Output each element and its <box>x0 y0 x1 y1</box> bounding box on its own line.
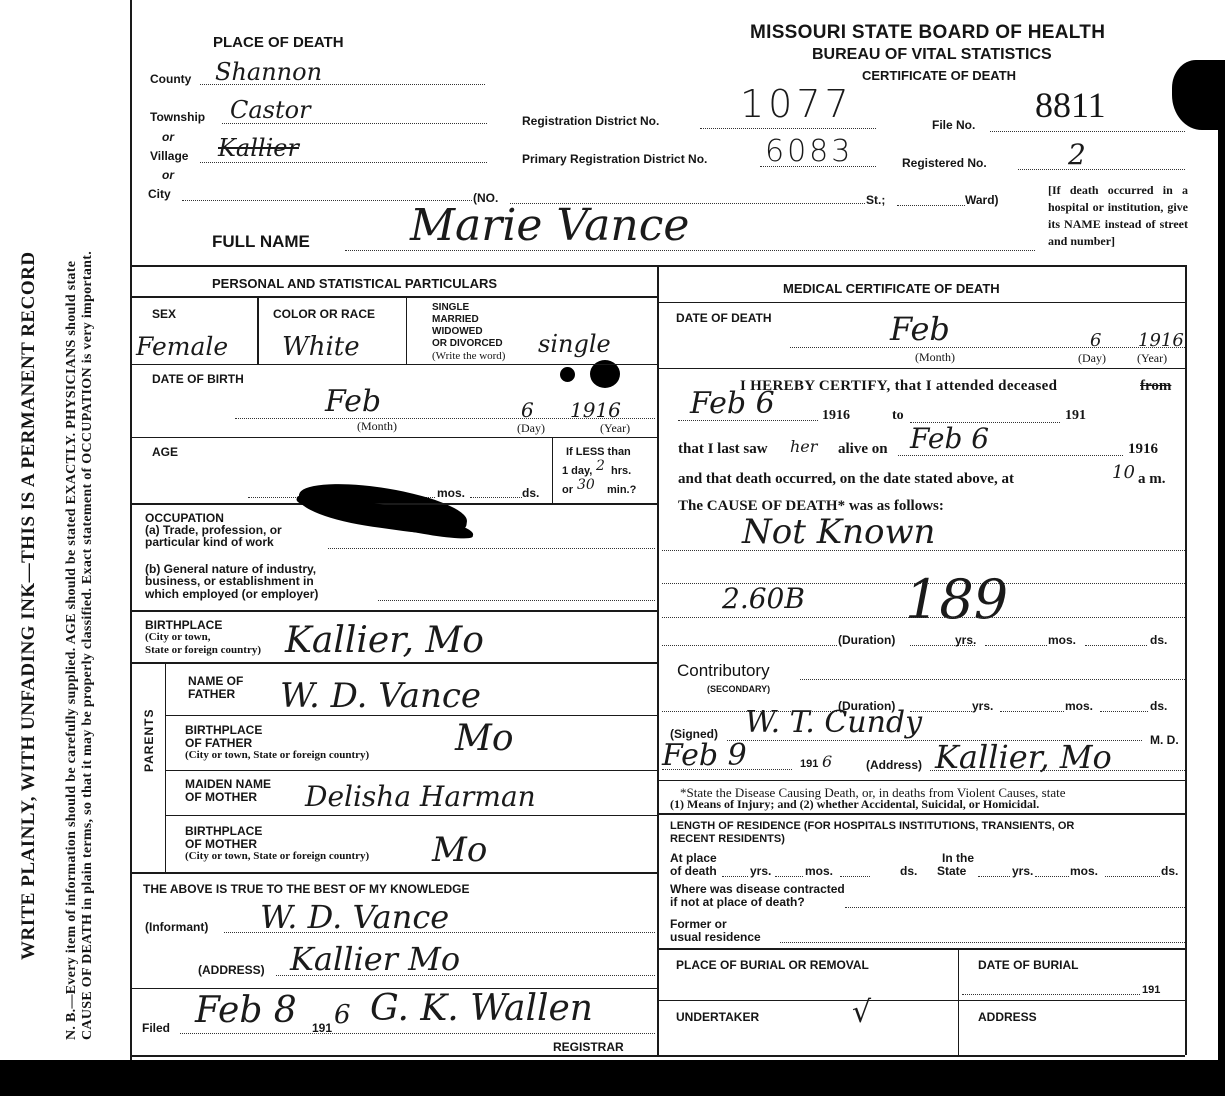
cause-ds-label: ds. <box>1150 633 1167 647</box>
classification-code: 2.60B <box>722 582 805 615</box>
at-place-mos-field[interactable] <box>775 876 803 877</box>
at-place-mos-label: mos. <box>805 864 833 878</box>
in-state-mos-label: mos. <box>1070 864 1098 878</box>
race-label: COLOR OR RACE <box>273 307 375 321</box>
former-residence-field[interactable] <box>780 942 1185 943</box>
medical-section-title: MEDICAL CERTIFICATE OF DEATH <box>783 281 1000 296</box>
informant-label: (Informant) <box>145 920 208 934</box>
less-than-min-label: min.? <box>607 484 636 496</box>
burial-date-label: DATE OF BURIAL <box>978 958 1078 972</box>
footnote-line2: (1) Means of Injury; and (2) whether Acc… <box>670 797 1039 812</box>
father-birthplace-hint: (City or town, State or foreign country) <box>185 749 369 761</box>
father-name-label2: FATHER <box>188 687 235 701</box>
less-than-day-label: 1 day, <box>562 465 592 477</box>
dob-label: DATE OF BIRTH <box>152 372 244 386</box>
frame-left <box>130 0 132 1060</box>
registrar-label: REGISTRAR <box>553 1040 624 1054</box>
contributory-label: Contributory <box>677 661 770 681</box>
less-than-or-label: or <box>562 484 573 496</box>
father-name-label1: NAME OF <box>188 674 243 688</box>
burial-year-prefix: 191 <box>1142 984 1160 996</box>
physician-signature-field[interactable]: W. T. Cundy <box>745 705 922 740</box>
last-saw-prefix: that I last saw <box>678 441 768 458</box>
certify-text: I HEREBY CERTIFY, that I attended deceas… <box>740 378 1057 395</box>
classification-code-2: 189 <box>905 568 1008 631</box>
sex-field[interactable]: Female <box>136 332 228 361</box>
contracted-label1: Where was disease contracted <box>670 882 845 896</box>
mother-birthplace-label2: OF MOTHER <box>185 837 257 851</box>
occupation-a-line2: particular kind of work <box>145 535 274 549</box>
frame-divider-middle <box>657 265 659 1055</box>
true-statement: THE ABOVE IS TRUE TO THE BEST OF MY KNOW… <box>143 882 469 896</box>
dod-day-field[interactable]: 6 <box>1090 330 1101 351</box>
less-than-hrs-label: hrs. <box>611 465 631 477</box>
village-field[interactable]: Kallier <box>218 134 299 162</box>
mother-name-label1: MAIDEN NAME <box>185 777 271 791</box>
margin-note-line2: CAUSE OF DEATH in plain terms, so that i… <box>80 251 96 1040</box>
last-saw-year[interactable]: 1916 <box>1128 441 1158 458</box>
signed-year-prefix: 191 <box>800 758 818 770</box>
county-label: County <box>150 72 191 86</box>
dod-month-caption: (Month) <box>915 350 955 365</box>
cause-mos-label: mos. <box>1048 633 1076 647</box>
occupation-b-line3: which employed (or employer) <box>145 587 318 601</box>
dob-month-caption: (Month) <box>357 419 397 434</box>
signed-date-field[interactable]: Feb 9 <box>662 738 747 773</box>
street-label: St.; <box>866 193 885 207</box>
last-saw-date-field[interactable]: Feb 6 <box>910 422 989 455</box>
physician-address-label: (Address) <box>866 758 922 772</box>
at-place-yrs-label: yrs. <box>750 864 771 878</box>
age-ds-label: ds. <box>522 486 539 500</box>
marital-option-divorced: OR DIVORCED <box>432 338 503 350</box>
full-name-label: FULL NAME <box>212 232 310 252</box>
former-residence-label2: usual residence <box>670 930 761 944</box>
marital-option-widowed: WIDOWED <box>432 326 483 338</box>
at-place-ds-field[interactable] <box>840 876 870 877</box>
father-birthplace-label2: OF FATHER <box>185 736 252 750</box>
cause-duration-label: (Duration) <box>838 633 895 647</box>
margin-headline: WRITE PLAINLY, WITH UNFADING INK—THIS IS… <box>18 251 40 960</box>
registrar-signature-field[interactable]: G. K. Wallen <box>370 988 593 1029</box>
registered-no-field[interactable]: 2 <box>1068 138 1086 171</box>
scan-edge-right <box>1218 70 1225 1060</box>
dod-month-field[interactable]: Feb <box>890 310 950 348</box>
death-time-field[interactable]: 10 <box>1112 462 1135 483</box>
dod-day-caption: (Day) <box>1078 351 1106 366</box>
village-label: Village <box>150 149 188 163</box>
in-state-label2: State <box>937 864 966 878</box>
contracted-label2: if not at place of death? <box>670 895 805 909</box>
occupation-a-field[interactable] <box>328 548 655 549</box>
registration-district-field[interactable]: 1077 <box>740 82 853 126</box>
city-label: City <box>148 187 171 201</box>
contracted-field[interactable] <box>845 907 1185 908</box>
less-than-hrs-field[interactable]: 2 <box>596 458 605 474</box>
dod-year-caption: (Year) <box>1137 351 1167 366</box>
informant-field[interactable]: W. D. Vance <box>260 898 449 936</box>
in-state-label1: In the <box>942 851 974 865</box>
less-than-min-field[interactable]: 30 <box>577 477 595 493</box>
age-label: AGE <box>152 445 178 459</box>
marital-status-field[interactable]: single <box>538 330 611 358</box>
last-saw-mid: alive on <box>838 441 888 458</box>
dob-day-caption: (Day) <box>517 421 545 436</box>
hospital-note: [If death occurred in a hospital or inst… <box>1048 182 1188 250</box>
informant-address-field[interactable]: Kallier Mo <box>290 940 460 978</box>
marital-option-married: MARRIED <box>432 314 479 326</box>
registered-no-label: Registered No. <box>902 156 987 170</box>
dod-year-field[interactable]: 1916 <box>1138 330 1184 351</box>
in-state-mos-field[interactable] <box>1035 876 1069 877</box>
birthplace-hint1: (City or town, <box>145 631 210 643</box>
physician-address-field[interactable]: Kallier, Mo <box>935 738 1112 776</box>
mother-birthplace-field[interactable]: Mo <box>432 830 487 870</box>
at-place-yrs-field[interactable] <box>722 876 748 877</box>
death-time-suffix: a m. <box>1138 471 1166 488</box>
less-than-line1: If LESS than <box>566 446 631 458</box>
in-state-ds-field[interactable] <box>1105 876 1160 877</box>
frame-right <box>1185 265 1187 1055</box>
filed-date-field[interactable]: Feb 8 <box>195 990 297 1031</box>
last-saw-pronoun-field[interactable]: her <box>790 437 817 456</box>
county-field[interactable]: Shannon <box>215 58 322 86</box>
parents-label: PARENTS <box>142 709 156 772</box>
place-of-death-title: PLACE OF DEATH <box>213 34 344 51</box>
ink-blot <box>560 367 575 382</box>
at-place-label1: At place <box>670 851 717 865</box>
mother-birthplace-label1: BIRTHPLACE <box>185 824 262 838</box>
attended-from-year[interactable]: 1916 <box>822 408 850 424</box>
residence-title-line2: RECENT RESIDENTS) <box>670 833 785 845</box>
md-label: M. D. <box>1150 733 1179 747</box>
filed-label: Filed <box>142 1021 170 1035</box>
dod-label: DATE OF DEATH <box>676 311 772 325</box>
scan-border-bottom <box>0 1060 1225 1096</box>
ward-label: Ward) <box>965 193 999 207</box>
death-time-text: and that death occurred, on the date sta… <box>678 471 1014 488</box>
dob-month-field[interactable]: Feb <box>325 384 381 419</box>
signed-year-field[interactable]: 6 <box>822 752 832 771</box>
in-state-yrs-label: yrs. <box>1012 864 1033 878</box>
filed-year-field[interactable]: 6 <box>334 1000 351 1030</box>
cause-yrs-label: yrs. <box>955 633 976 647</box>
in-state-ds-label: ds. <box>1161 864 1178 878</box>
father-name-field[interactable]: W. D. Vance <box>280 676 481 716</box>
mother-name-label2: OF MOTHER <box>185 790 257 804</box>
marital-option-single: SINGLE <box>432 302 469 314</box>
checkmark-annotation: √ <box>852 995 871 1030</box>
certify-from-struck: from <box>1140 378 1171 395</box>
personal-section-title: PERSONAL AND STATISTICAL PARTICULARS <box>212 276 497 291</box>
file-no-label: File No. <box>932 118 975 132</box>
registration-district-label: Registration District No. <box>522 114 659 128</box>
filed-year-prefix: 191 <box>312 1021 332 1035</box>
marital-hint: (Write the word) <box>432 350 505 362</box>
contributory-mos-label: mos. <box>1065 699 1093 713</box>
birthplace-hint2: State or foreign country) <box>145 644 261 656</box>
age-mos-label: mos. <box>437 486 465 500</box>
occupation-b-field[interactable] <box>378 600 655 601</box>
attended-to-label: to <box>892 408 904 424</box>
township-field[interactable]: Castor <box>230 96 311 124</box>
father-birthplace-label1: BIRTHPLACE <box>185 723 262 737</box>
township-label: Township <box>150 110 205 124</box>
full-name-field[interactable]: Marie Vance <box>410 200 689 251</box>
former-residence-label1: Former or <box>670 917 727 931</box>
attended-from-field[interactable]: Feb 6 <box>690 386 775 421</box>
at-place-ds-label: ds. <box>900 864 917 878</box>
birthplace-label: BIRTHPLACE <box>145 618 222 632</box>
undertaker-address-label: ADDRESS <box>978 1010 1037 1024</box>
or-label-2: or <box>162 168 174 182</box>
race-field[interactable]: White <box>282 332 360 362</box>
informant-address-label: (ADDRESS) <box>198 963 265 977</box>
agency-title: MISSOURI STATE BOARD OF HEALTH <box>750 22 1105 44</box>
contributory-yrs-label: yrs. <box>972 699 993 713</box>
cause-of-death-field[interactable]: Not Known <box>742 512 935 552</box>
secondary-label: (SECONDARY) <box>707 683 770 695</box>
bureau-title: BUREAU OF VITAL STATISTICS <box>812 46 1052 64</box>
primary-district-field[interactable]: 6083 <box>765 134 853 169</box>
occupation-b-line2: business, or establishment in <box>145 574 314 588</box>
file-no-field[interactable]: 8811 <box>1035 84 1106 126</box>
or-label-1: or <box>162 130 174 144</box>
mother-name-field[interactable]: Delisha Harman <box>305 780 536 813</box>
dob-day-field[interactable]: 6 <box>521 398 534 422</box>
primary-district-label: Primary Registration District No. <box>522 152 707 166</box>
margin-note-line1: N. B.—Every item of information should b… <box>64 261 80 1040</box>
dob-year-caption: (Year) <box>600 421 630 436</box>
burial-place-label: PLACE OF BURIAL OR REMOVAL <box>676 958 869 972</box>
form-title: CERTIFICATE OF DEATH <box>862 68 1016 83</box>
father-birthplace-field[interactable]: Mo <box>455 718 514 759</box>
birthplace-field[interactable]: Kallier, Mo <box>285 620 484 661</box>
burial-date-field[interactable] <box>962 994 1140 995</box>
sex-label: SEX <box>152 307 176 321</box>
dob-year-field[interactable]: 1916 <box>570 398 621 422</box>
attended-to-year[interactable]: 191 <box>1065 408 1086 424</box>
contributory-ds-label: ds. <box>1150 699 1167 713</box>
undertaker-label: UNDERTAKER <box>676 1010 759 1024</box>
rule-bottom <box>130 1055 1185 1057</box>
in-state-yrs-field[interactable] <box>978 876 1010 877</box>
residence-title-line1: LENGTH OF RESIDENCE (FOR HOSPITALS INSTI… <box>670 820 1074 832</box>
at-place-label2: of death <box>670 864 717 878</box>
contributory-field[interactable] <box>800 679 1185 680</box>
mother-birthplace-hint: (City or town, State or foreign country) <box>185 850 369 862</box>
